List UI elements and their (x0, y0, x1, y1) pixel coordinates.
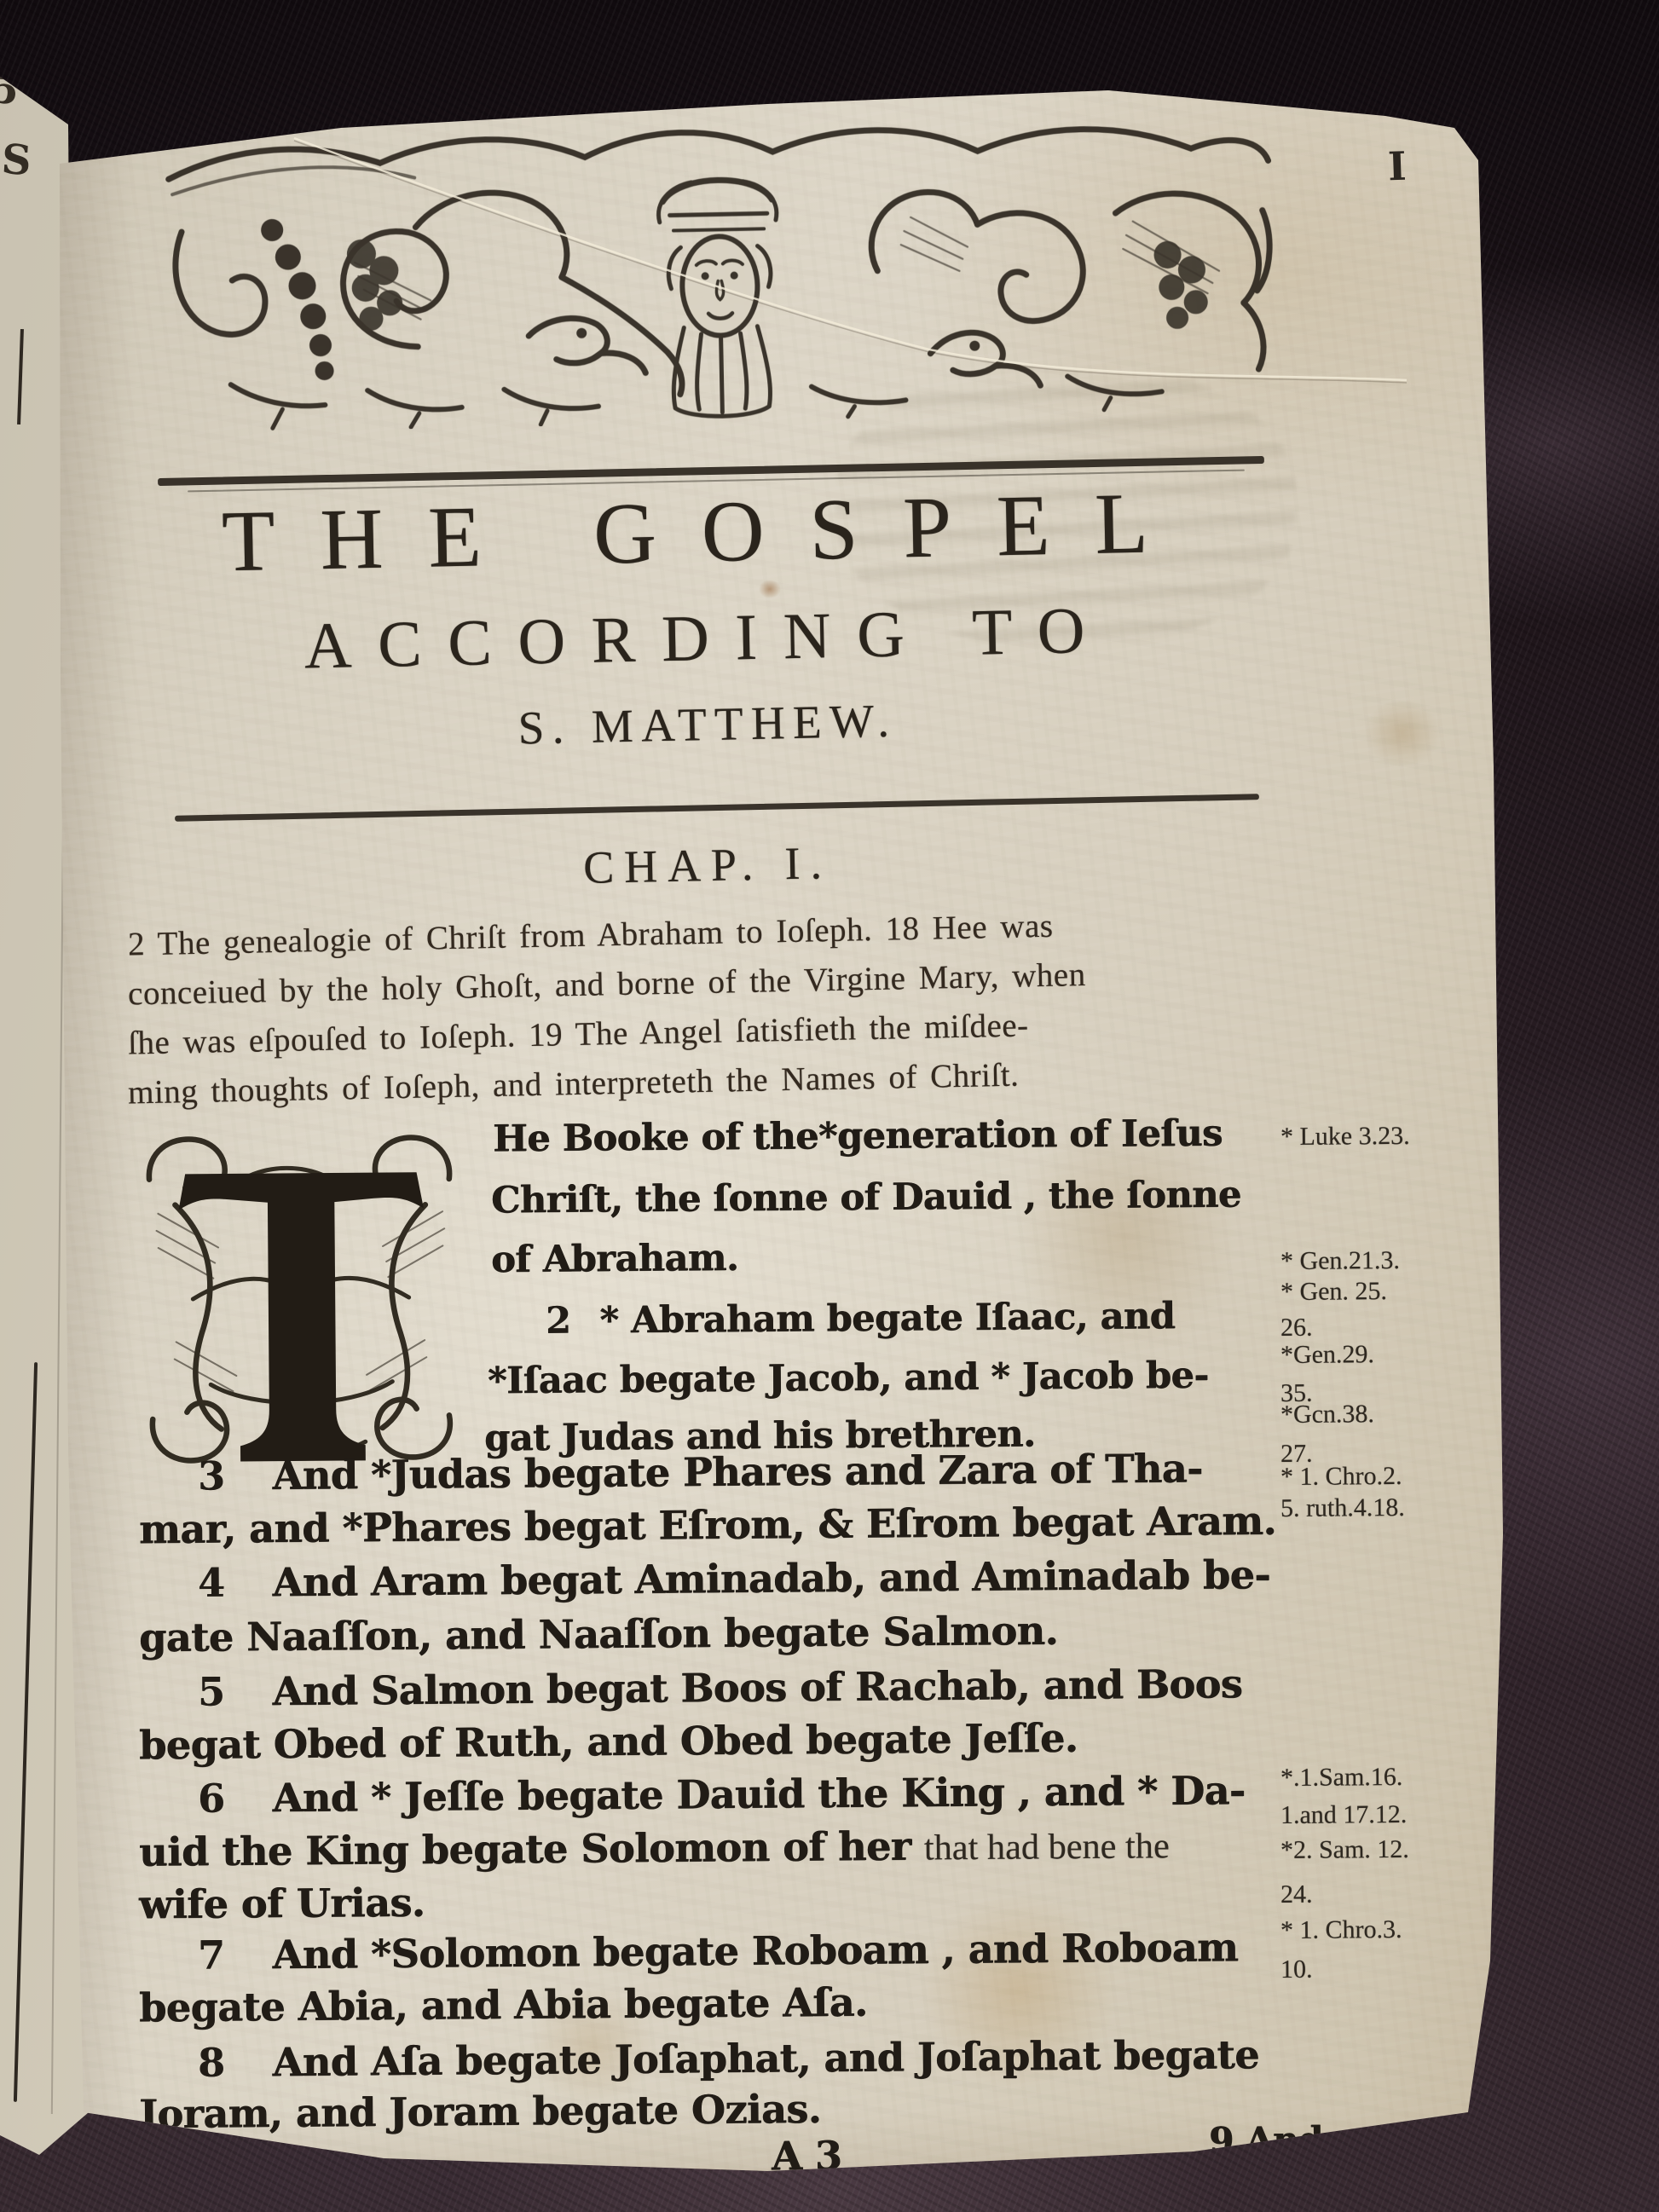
scripture-text: And Salmon begat Boos of Rachab, and Boo… (272, 1660, 1242, 1714)
foxing-spot (759, 580, 781, 598)
margin-note: *Gen.29. (1280, 1339, 1519, 1370)
scripture-text: And Aſa begate Joſaphat, and Joſaphat be… (272, 2031, 1259, 2085)
headpiece-woodcut (158, 107, 1282, 434)
bible-page: I (0, 0, 1659, 2212)
scripture-line: mar, and *Phares begat Eſrom, & Eſrom be… (139, 1498, 1276, 1552)
margin-note: 26. (1280, 1312, 1519, 1343)
scripture-line: 8And Aſa begate Joſaphat, and Joſaphat b… (198, 2031, 1259, 2086)
verse-number: 2 (546, 1300, 571, 1343)
previous-page-text-fragment: S (0, 136, 32, 185)
gospel-title-line-2: ACCORDING TO (136, 589, 1280, 688)
verse-number: 3 (198, 1453, 225, 1499)
scripture-text: wife of Urias. (139, 1880, 425, 1928)
margin-note: 24. (1280, 1879, 1519, 1909)
scripture-text: gate Naaſſon, and Naaſſon begate Salmon. (139, 1608, 1058, 1660)
scripture-text-roman: that had bene the (924, 1826, 1170, 1868)
scripture-text: Chriſt, the ſonne of Dauid , the ſonne (491, 1174, 1241, 1222)
scripture-line: 4And Aram begat Aminadab, and Aminadab b… (198, 1551, 1270, 1606)
scripture-line: 6And * Jeſſe begate Dauid the King , and… (198, 1767, 1246, 1822)
margin-note: * 1. Chro.2. (1280, 1461, 1519, 1492)
scripture-line: begat Obed of Ruth, and Obed begate Jeſſ… (139, 1715, 1078, 1769)
margin-note: * Gen. 25. (1280, 1276, 1519, 1307)
margin-note: * Gen.21.3. (1280, 1245, 1519, 1276)
margin-note: 10. (1280, 1954, 1519, 1984)
scripture-text: And *Judas begate Phares and Zara of Tha… (272, 1445, 1202, 1499)
verse-number: 5 (198, 1669, 225, 1715)
margin-note: *Gcn.38. (1280, 1399, 1519, 1429)
margin-note: 1.and 17.12. (1280, 1799, 1519, 1830)
scripture-line: 7And *Solomon begate Roboam , and Roboam (198, 1924, 1239, 1978)
scripture-text: mar, and *Phares begat Eſrom, & Eſrom be… (139, 1498, 1276, 1552)
previous-page-rule (17, 329, 24, 424)
scripture-line: wife of Urias. (139, 1880, 425, 1928)
scripture-line: He Booke of the*generation of Ieſus (493, 1112, 1223, 1161)
margin-note: *.1.Sam.16. (1280, 1762, 1519, 1793)
scripture-line: uid the King begate Solomon of her that … (139, 1821, 1170, 1874)
verse-number: 6 (198, 1776, 225, 1822)
verse-number: 8 (198, 2040, 225, 2086)
margin-note: 5. ruth.4.18. (1280, 1493, 1519, 1523)
ink-rule (175, 794, 1259, 822)
scripture-text: uid the King begate Solomon of her (139, 1823, 924, 1875)
margin-note: * 1. Chro.3. (1280, 1915, 1519, 1945)
scripture-text: begate Abia, and Abia begate Aſa. (139, 1979, 868, 2031)
gospel-title-line-3: S. MATTHEW. (136, 686, 1280, 763)
chapter-heading: CHAP. I. (136, 828, 1280, 904)
scripture-text: And *Solomon begate Roboam , and Roboam (272, 1924, 1238, 1978)
verse-number: 4 (198, 1560, 225, 1606)
drop-cap-woodcut (126, 1125, 475, 1470)
scripture-line: 3And *Judas begate Phares and Zara of Th… (198, 1445, 1203, 1499)
previous-page-rule (14, 1362, 38, 2102)
scripture-text: And Aram begat Aminadab, and Aminadab be… (272, 1551, 1270, 1605)
scripture-line: 2* Abraham begate Iſaac, and (546, 1295, 1175, 1343)
scripture-line: Joram, and Joram begate Ozias. (139, 2086, 822, 2137)
scripture-line: gate Naaſſon, and Naaſſon begate Salmon. (139, 1608, 1058, 1660)
scripture-text: of Abraham. (491, 1237, 739, 1281)
scripture-text: * Abraham begate Iſaac, and (599, 1295, 1175, 1342)
page-number: I (1387, 143, 1407, 190)
verse-number: 7 (198, 1932, 225, 1978)
scripture-line: begate Abia, and Abia begate Aſa. (139, 1979, 868, 2031)
catchword: 9 And (1209, 2118, 1323, 2161)
scripture-text: *Iſaac begate Jacob, and * Jacob be- (488, 1354, 1209, 1403)
photo-of-bible-on-velvet: 5 S I (0, 0, 1659, 2212)
margin-note: * Luke 3.23. (1280, 1121, 1519, 1152)
scripture-text: He Booke of the*generation of Ieſus (493, 1112, 1223, 1161)
chapter-summary-line: ming thoughts of Ioſeph, and interpretet… (128, 1050, 1280, 1112)
scripture-line: 5And Salmon begat Boos of Rachab, and Bo… (198, 1660, 1242, 1715)
stain (1364, 699, 1441, 767)
scripture-line: *Iſaac begate Jacob, and * Jacob be- (488, 1354, 1209, 1403)
margin-note: *2. Sam. 12. (1280, 1834, 1519, 1865)
signature-mark: A 3 (772, 2133, 842, 2180)
scripture-line: Chriſt, the ſonne of Dauid , the ſonne (491, 1174, 1241, 1222)
scripture-text: Joram, and Joram begate Ozias. (139, 2086, 822, 2137)
scripture-line: of Abraham. (491, 1237, 739, 1281)
previous-page-text-fragment: 5 (0, 65, 21, 113)
scripture-text: begat Obed of Ruth, and Obed begate Jeſſ… (139, 1715, 1078, 1769)
scripture-text: And * Jeſſe begate Dauid the King , and … (272, 1767, 1245, 1821)
